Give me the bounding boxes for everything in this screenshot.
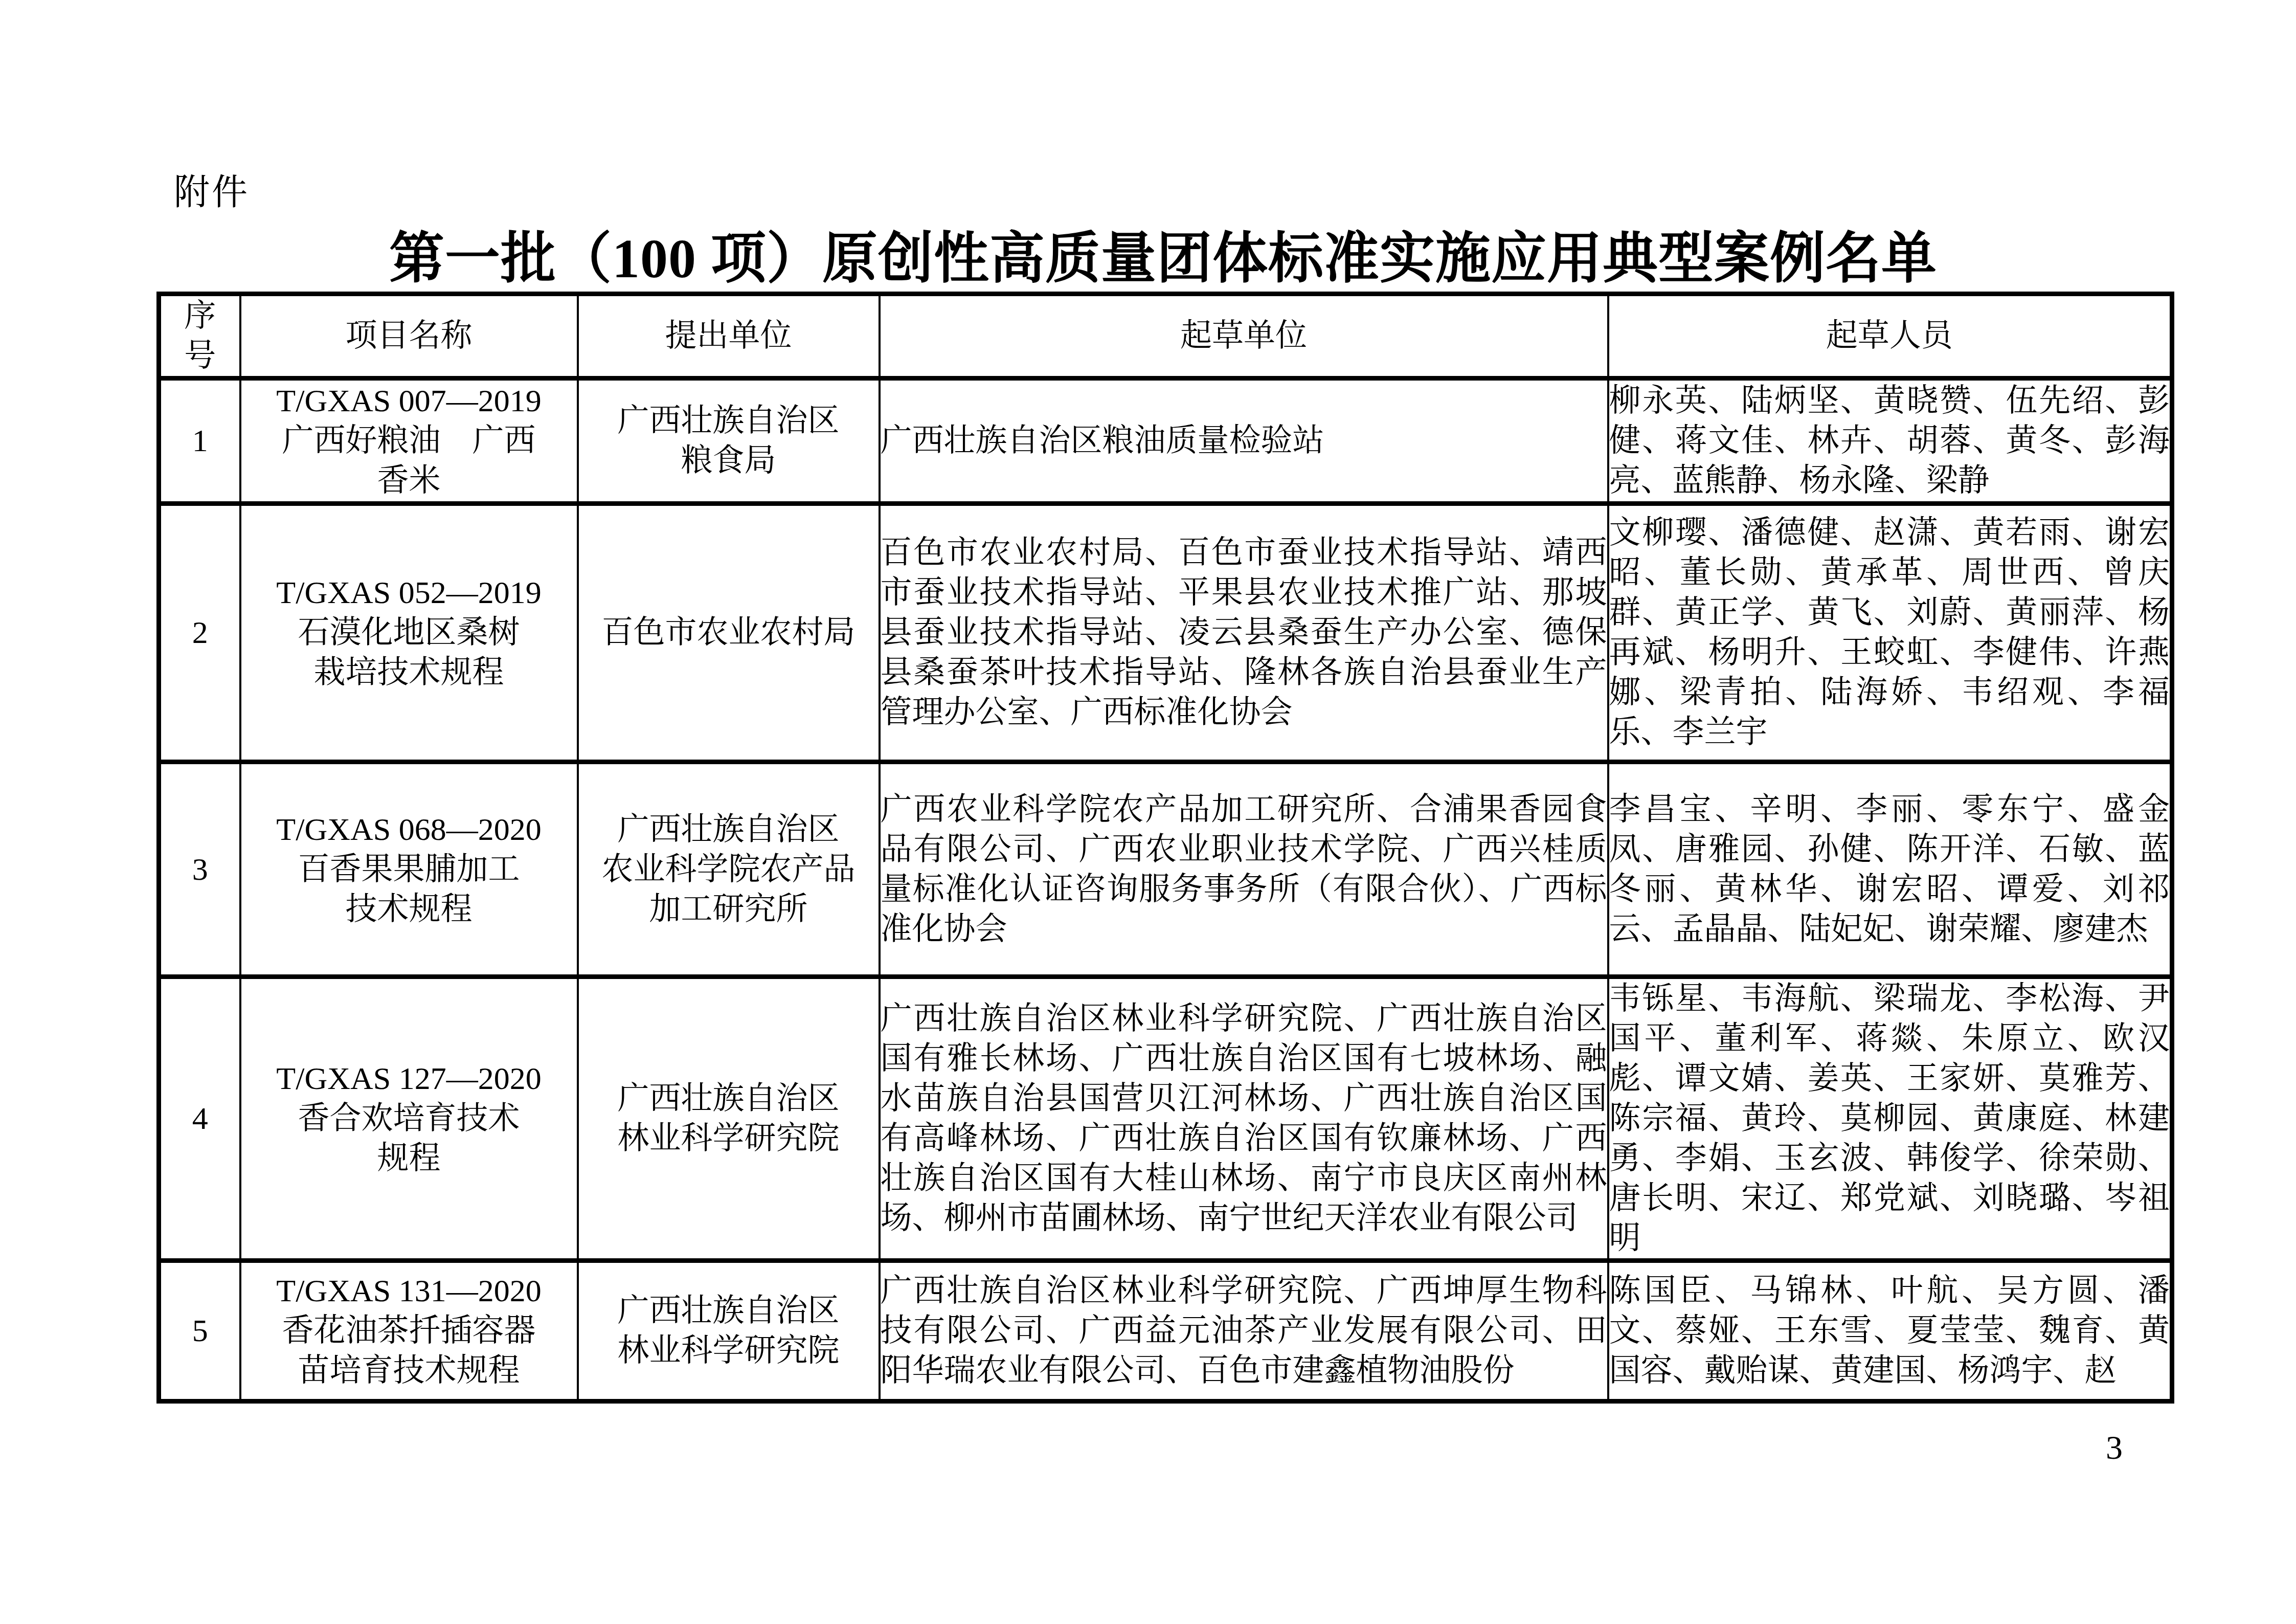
proposing-unit: 广西壮族自治区 农业科学院农产品 加工研究所 (578, 762, 880, 977)
table-header-row: 序 号 项目名称 提出单位 起草单位 起草人员 (159, 294, 2172, 379)
drafting-personnel: 文柳璎、潘德健、赵潇、黄若雨、谢宏昭、董长勋、黄承革、周世西、曾庆群、黄正学、黄… (1608, 504, 2172, 762)
project-name: T/GXAS 007—2019 广西好粮油 广西 香米 (240, 379, 578, 504)
document-page: 附件 第一批（100 项）原创性高质量团体标准实施应用典型案例名单 序 号 项目… (0, 0, 2296, 1624)
col-header-drafters: 起草人员 (1608, 294, 2172, 379)
drafting-units: 广西壮族自治区林业科学研究院、广西坤厚生物科技有限公司、广西益元油茶产业发展有限… (880, 1261, 1608, 1401)
drafting-personnel: 柳永英、陆炳坚、黄晓赞、伍先绍、彭健、蒋文佳、林卉、胡蓉、黄冬、彭海亮、蓝熊静、… (1608, 379, 2172, 504)
proposing-unit: 广西壮族自治区 粮食局 (578, 379, 880, 504)
row-number: 3 (159, 762, 240, 977)
row-number: 4 (159, 977, 240, 1261)
col-header-no: 序 号 (159, 294, 240, 379)
project-name: T/GXAS 052—2019 石漠化地区桑树 栽培技术规程 (240, 504, 578, 762)
drafting-units: 广西壮族自治区粮油质量检验站 (880, 379, 1608, 504)
proposing-unit: 广西壮族自治区 林业科学研究院 (578, 1261, 880, 1401)
drafting-personnel: 韦铄星、韦海航、梁瑞龙、李松海、尹国平、董利军、蒋燚、朱原立、欧汉彪、谭文婧、姜… (1608, 977, 2172, 1261)
proposing-unit: 百色市农业农村局 (578, 504, 880, 762)
page-title: 第一批（100 项）原创性高质量团体标准实施应用典型案例名单 (156, 214, 2170, 293)
table-row: 2 T/GXAS 052—2019 石漠化地区桑树 栽培技术规程 百色市农业农村… (159, 504, 2172, 762)
drafting-personnel: 陈国臣、马锦林、叶航、吴方圆、潘文、蔡娅、王东雪、夏莹莹、魏育、黄国容、戴贻谋、… (1608, 1261, 2172, 1401)
drafting-personnel: 李昌宝、辛明、李丽、零东宁、盛金凤、唐雅园、孙健、陈开洋、石敏、蓝冬丽、黄林华、… (1608, 762, 2172, 977)
drafting-units: 百色市农业农村局、百色市蚕业技术指导站、靖西市蚕业技术指导站、平果县农业技术推广… (880, 504, 1608, 762)
table-row: 4 T/GXAS 127—2020 香合欢培育技术 规程 广西壮族自治区 林业科… (159, 977, 2172, 1261)
table-row: 3 T/GXAS 068—2020 百香果果脯加工 技术规程 广西壮族自治区 农… (159, 762, 2172, 977)
drafting-units: 广西壮族自治区林业科学研究院、广西壮族自治区国有雅长林场、广西壮族自治区国有七坡… (880, 977, 1608, 1261)
project-name: T/GXAS 131—2020 香花油茶扦插容器 苗培育技术规程 (240, 1261, 578, 1401)
proposing-unit: 广西壮族自治区 林业科学研究院 (578, 977, 880, 1261)
project-name: T/GXAS 068—2020 百香果果脯加工 技术规程 (240, 762, 578, 977)
row-number: 5 (159, 1261, 240, 1401)
col-header-drafting-units: 起草单位 (880, 294, 1608, 379)
page-number: 3 (2106, 1431, 2123, 1465)
cases-table: 序 号 项目名称 提出单位 起草单位 起草人员 1 T/GXAS 007—201… (156, 292, 2174, 1404)
drafting-units: 广西农业科学院农产品加工研究所、合浦果香园食品有限公司、广西农业职业技术学院、广… (880, 762, 1608, 977)
row-number: 1 (159, 379, 240, 504)
table-row: 5 T/GXAS 131—2020 香花油茶扦插容器 苗培育技术规程 广西壮族自… (159, 1261, 2172, 1401)
table-row: 1 T/GXAS 007—2019 广西好粮油 广西 香米 广西壮族自治区 粮食… (159, 379, 2172, 504)
row-number: 2 (159, 504, 240, 762)
attachment-label: 附件 (174, 173, 250, 214)
col-header-proposing-unit: 提出单位 (578, 294, 880, 379)
col-header-project-name: 项目名称 (240, 294, 578, 379)
project-name: T/GXAS 127—2020 香合欢培育技术 规程 (240, 977, 578, 1261)
